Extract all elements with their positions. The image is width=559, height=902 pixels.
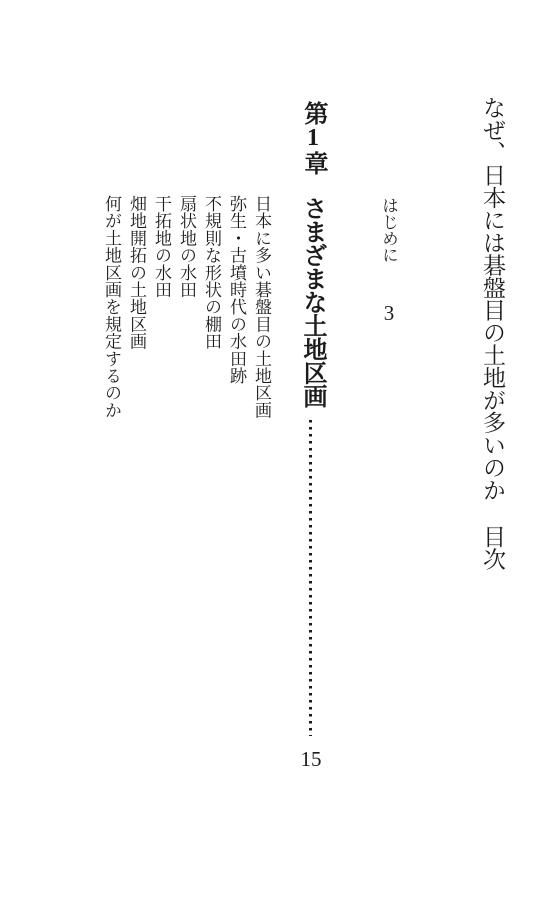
book-title: なぜ、日本には碁盤目の土地が多いのか (480, 96, 505, 501)
dot-leader (309, 420, 312, 736)
chapter-page-number: 15 (293, 747, 329, 772)
toc-section-item: 干拓地の水田 (149, 195, 174, 419)
book-title-column: なぜ、日本には碁盤目の土地が多いのか目次 (481, 96, 504, 570)
toc-section-item: 不規則な形状の棚田 (199, 195, 224, 419)
chapter-number: 第1章 (301, 101, 325, 175)
toc-page: なぜ、日本には碁盤目の土地が多いのか目次 はじめに 3 第1章 さまざまな土地区… (0, 0, 559, 902)
toc-label: 目次 (480, 525, 505, 570)
toc-section-item: 畑地開拓の土地区画 (124, 195, 149, 419)
toc-section-item: 弥生・古墳時代の水田跡 (224, 195, 249, 419)
toc-section-item: 日本に多い碁盤目の土地区画 (249, 195, 274, 419)
intro-entry: はじめに (380, 197, 397, 263)
toc-section-item: 何が土地区画を規定するのか (99, 195, 124, 419)
intro-page-number: 3 (371, 301, 407, 326)
toc-section-item: 扇状地の水田 (174, 195, 199, 419)
chapter-title: さまざまな土地区画 (300, 196, 324, 408)
section-list: 日本に多い碁盤目の土地区画 弥生・古墳時代の水田跡 不規則な形状の棚田 扇状地の… (99, 195, 274, 419)
